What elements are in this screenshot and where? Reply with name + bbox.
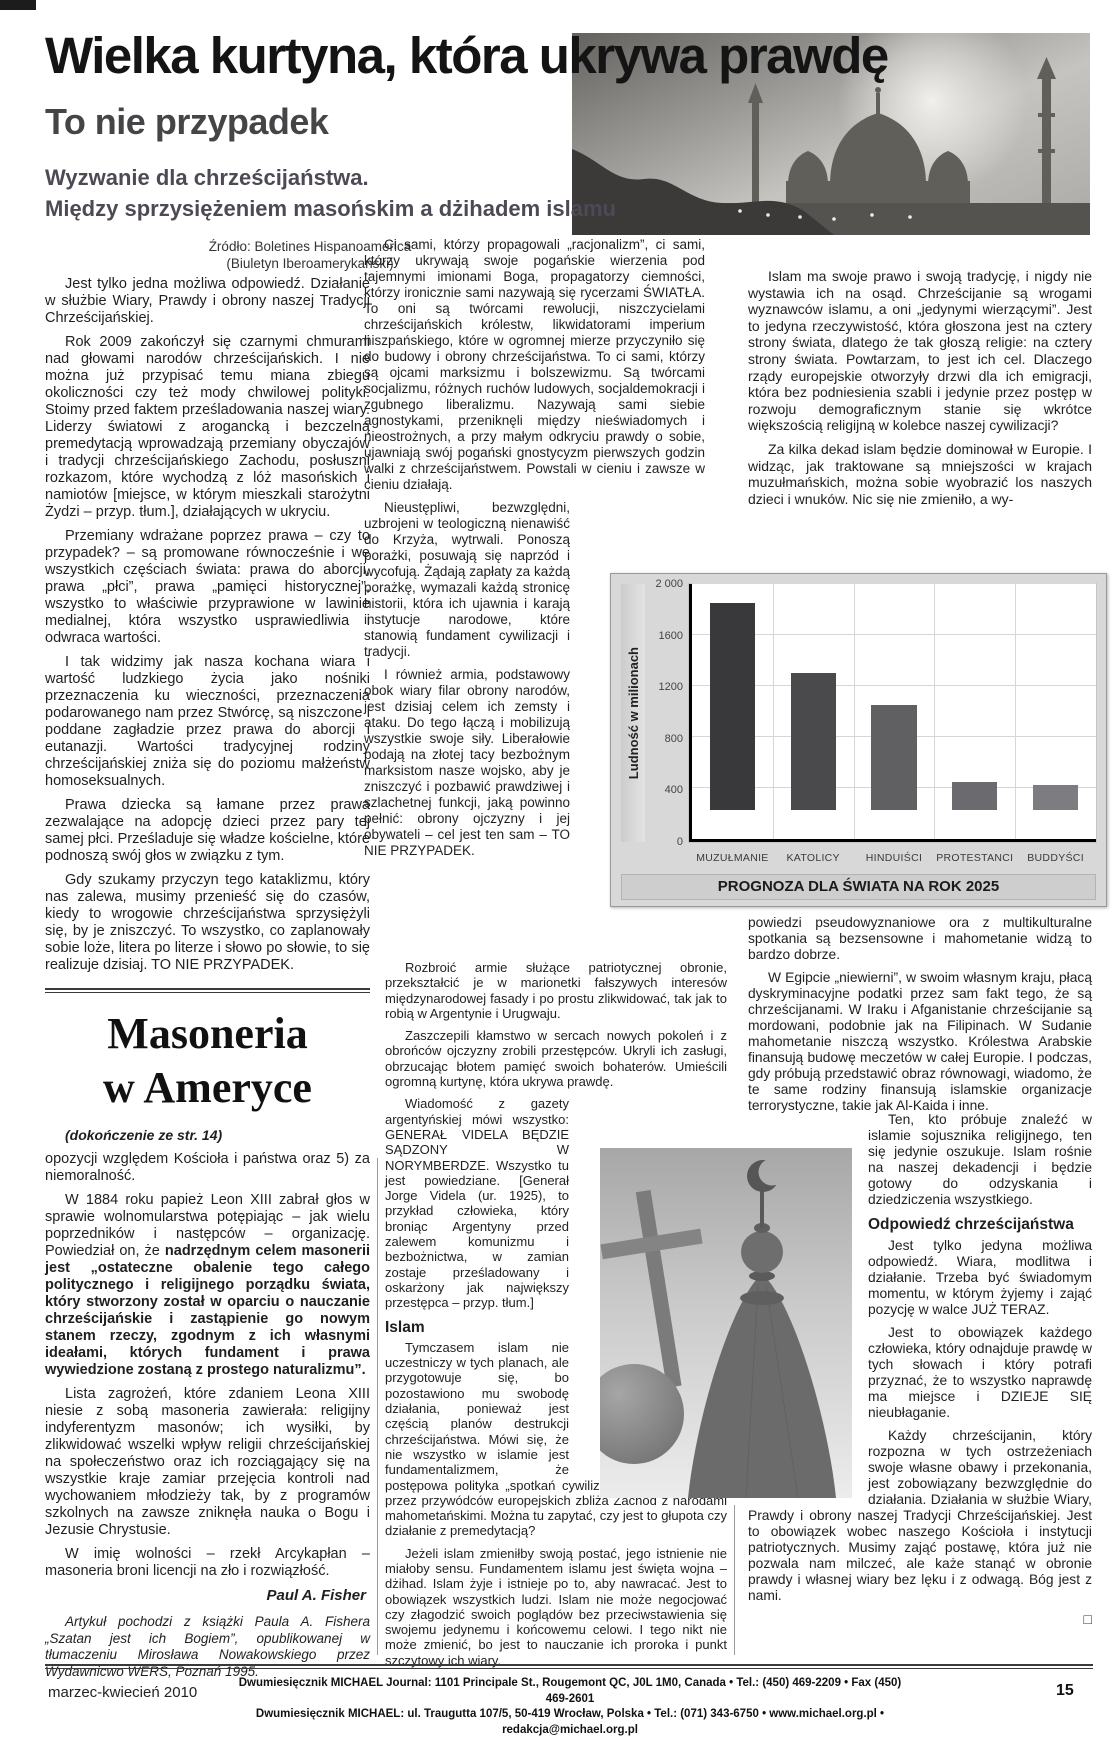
- column-divider: [734, 1505, 735, 1655]
- bar-hinduiści: [871, 705, 916, 810]
- paragraph: Przemiany wdrażane poprzez prawa – czy t…: [45, 528, 370, 647]
- newspaper-page: Wielka kurtyna, która ukrywa prawdę To n…: [0, 0, 1118, 1751]
- category-label: BUDDYŚCI: [1015, 852, 1096, 870]
- paragraph: Islam ma swoje prawo i swoją tradycję, i…: [748, 268, 1092, 434]
- gridline: [934, 584, 935, 839]
- footer-address-line2: Dwumiesięcznik MICHAEL: ul. Traugutta 10…: [230, 1707, 910, 1738]
- gridline: [773, 584, 774, 839]
- masoneria-title-line2: w Ameryce: [45, 1061, 370, 1115]
- y-tick-label: 2 000: [655, 578, 683, 590]
- paragraph: Lista zagrożeń, które zdaniem Leona XIII…: [45, 1386, 370, 1539]
- paragraph: Za kilka dekad islam będzie dominował w …: [748, 441, 1092, 507]
- chart-title: PROGNOZA DLA ŚWIATA NA ROK 2025: [621, 874, 1096, 900]
- chart-categories: MUZUŁMANIEKATOLICYHINDUIŚCIPROTESTANCIBU…: [692, 852, 1096, 870]
- paragraph: opozycji względem Kościoła i państwa ora…: [45, 1151, 370, 1185]
- article-end-mark: □: [748, 1611, 1092, 1627]
- footer-address-line1: Dwumiesięcznik MICHAEL Journal: 1101 Pri…: [230, 1676, 910, 1707]
- y-tick-label: 0: [677, 836, 683, 848]
- column-divider: [377, 1158, 378, 1655]
- category-label: PROTESTANCI: [934, 852, 1015, 870]
- crescent-icon: [747, 1160, 779, 1192]
- paragraph: powiedzi pseudowyznaniowe ora z multikul…: [748, 915, 1092, 963]
- y-tick-label: 1200: [659, 681, 683, 693]
- population-forecast-chart: Ludność w milionach 2 000160012008004000…: [610, 573, 1107, 907]
- column-3-top: Islam ma swoje prawo i swoją tradycję, i…: [748, 268, 1092, 514]
- kicker-line-2: Między sprzysiężeniem masońskim a dżihad…: [45, 196, 616, 222]
- author-byline: Paul A. Fisher: [45, 1587, 366, 1604]
- paragraph: W Egipcie „niewierni”, w swoim własnym k…: [748, 970, 1092, 1114]
- gridline: [1015, 584, 1016, 839]
- bar-katolicy: [791, 673, 836, 809]
- page-headline: Wielka kurtyna, która ukrywa prawdę: [45, 26, 1107, 85]
- category-label: MUZUŁMANIE: [692, 852, 773, 870]
- y-tick-label: 800: [665, 733, 683, 745]
- y-tick-label: 400: [665, 784, 683, 796]
- paragraph: Jest tylko jedna możliwa odpowiedź. Dzia…: [45, 276, 370, 327]
- category-label: KATOLICY: [773, 852, 854, 870]
- category-label: HINDUIŚCI: [854, 852, 935, 870]
- gridline: [854, 584, 855, 839]
- paragraph: Zaszczepili kłamstwo w sercach nowych po…: [385, 1028, 727, 1089]
- paragraph: W 1884 roku papież Leon XIII zabrał głos…: [45, 1192, 370, 1379]
- book-source-note: Artykuł pochodzi z książki Paula A. Fish…: [45, 1614, 370, 1680]
- paragraph: I tak widzimy jak nasza kochana wiara i …: [45, 654, 370, 790]
- paragraph: W imię wolności – rzekł Arcykapłan – mas…: [45, 1546, 370, 1580]
- chart-body: Ludność w milionach 2 000160012008004000: [621, 584, 1096, 842]
- paragraph: Ci sami, którzy propagowali „racjonalizm…: [364, 237, 705, 493]
- section-separator-rule: [45, 988, 370, 993]
- paragraph: Rok 2009 zakończył się czarnymi chmurami…: [45, 334, 370, 521]
- gridline: [692, 583, 1096, 584]
- paragraph: Prawa dziecka są łamane przez prawa zezw…: [45, 797, 370, 865]
- y-axis-label-text: Ludność w milionach: [626, 647, 641, 779]
- cross-minaret-graphic: [600, 1148, 852, 1498]
- footer-page-number: 15: [1056, 1682, 1074, 1700]
- masoneria-article-title: Masoneria w Ameryce: [45, 1007, 370, 1115]
- footer-issue-date: marzec-kwiecień 2010: [48, 1684, 197, 1701]
- bar-muzułmanie: [710, 603, 755, 810]
- footer-rule: [45, 1664, 1093, 1669]
- kicker-line-1: Wyzwanie dla chrześcijaństwa.: [45, 165, 369, 191]
- cross-and-minaret-photo: [600, 1148, 852, 1498]
- paragraph: Rozbroić armie służące patriotycznej obr…: [385, 960, 727, 1021]
- page-subheadline: To nie przypadek: [45, 101, 328, 143]
- page-corner-mark: [0, 0, 36, 10]
- continued-from-note: (dokończenie ze str. 14): [45, 1127, 370, 1144]
- paragraph: Gdy szukamy przyczyn tego kataklizmu, kt…: [45, 872, 370, 974]
- chart-plot: [689, 584, 1096, 842]
- y-tick-label: 1600: [659, 630, 683, 642]
- chart-yticks: 2 000160012008004000: [645, 584, 689, 842]
- column-3-middle: powiedzi pseudowyznaniowe ora z multikul…: [748, 915, 1092, 1121]
- masoneria-title-line1: Masoneria: [45, 1007, 370, 1061]
- bar-buddyści: [1033, 785, 1078, 809]
- paragraph-bold-quote: nadrzędnym celem masonerii jest „ostatec…: [45, 1243, 370, 1378]
- chart-y-axis-label: Ludność w milionach: [621, 584, 645, 842]
- footer-imprint: Dwumiesięcznik MICHAEL Journal: 1101 Pri…: [230, 1676, 910, 1738]
- column-1: Jest tylko jedna możliwa odpowiedź. Dzia…: [45, 276, 370, 1687]
- paragraph: Jeżeli islam zmieniłby swoją postać, jeg…: [385, 1546, 727, 1668]
- bar-protestanci: [952, 782, 997, 810]
